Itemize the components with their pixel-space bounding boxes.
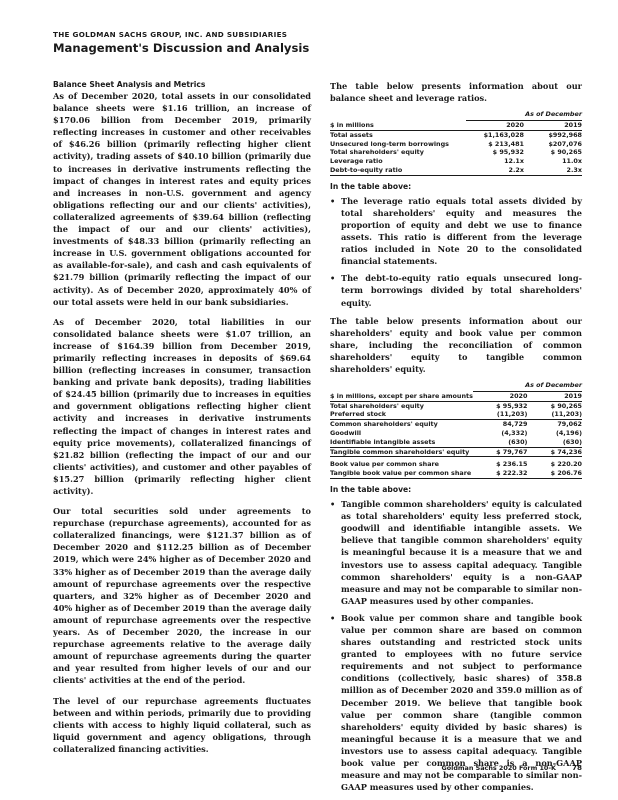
notes-label: In the table above: [330,485,582,495]
cell-2019: 11.0x [524,157,582,166]
cell-2019: 2.3x [524,166,582,175]
section-title: Management's Discussion and Analysis [53,41,573,56]
cell-2020: $1,163,028 [466,130,524,139]
company-name: The Goldman Sachs Group, Inc. and Subsid… [53,30,573,40]
paragraph-total-assets: As of December 2020, total assets in our… [53,90,311,308]
row-label: Common shareholders' equity [330,420,473,429]
note-text: Tangible common shareholders' equity is … [341,499,582,606]
bullet-icon: • [330,612,335,624]
row-label: Goodwill [330,429,473,438]
cell-2020: $ 222.32 [473,469,528,478]
note-text: The leverage ratio equals total assets d… [341,196,582,266]
publication-name: Goldman Sachs 2020 Form 10-K [442,764,556,772]
cell-2019: $992,968 [524,130,582,139]
table-row: Total assets $1,163,028 $992,968 [330,130,582,139]
cell-2019: $ 90,265 [524,148,582,157]
unit-label: $ in millions [330,120,466,130]
cell-2020: 2.2x [466,166,524,175]
table-row: Goodwill (4,332) (4,196) [330,429,582,438]
row-label: Total shareholders' equity [330,401,473,410]
cell-2019: $207,076 [524,140,582,149]
row-label: Debt-to-equity ratio [330,166,466,175]
cell-2019: $ 206.76 [527,469,582,478]
notes-label: In the table above: [330,182,582,192]
row-label: Book value per common share [330,457,473,469]
year-2019: 2019 [524,120,582,130]
year-2020: 2020 [466,120,524,130]
table-row: Tangible book value per common share $ 2… [330,469,582,478]
cell-2020: $ 95,932 [473,401,528,410]
list-item: •The debt-to-equity ratio equals unsecur… [330,272,582,308]
notes-list: •Tangible common shareholders' equity is… [330,498,582,793]
cell-2020: $ 213,481 [466,140,524,149]
bullet-icon: • [330,195,335,207]
subhead-balance-sheet: Balance Sheet Analysis and Metrics [53,80,311,90]
row-label: Leverage ratio [330,157,466,166]
list-item: •Tangible common shareholders' equity is… [330,498,582,607]
intro-balance-sheet-table: The table below presents information abo… [330,80,582,104]
cell-2019: (4,196) [527,429,582,438]
paragraph-repurchase-fluctuation: The level of our repurchase agreements f… [53,695,311,755]
cell-2020: $ 95,932 [466,148,524,157]
cell-2019: $ 220.20 [527,457,582,469]
cell-2019: (11,203) [527,410,582,419]
cell-2020: (4,332) [473,429,528,438]
cell-2020: $ 79,767 [473,447,528,457]
table-row: Book value per common share $ 236.15 $ 2… [330,457,582,469]
shareholders-equity-table: As of December $ in millions, except per… [330,381,582,479]
year-2019: 2019 [527,391,582,401]
table-row: Unsecured long-term borrowings $ 213,481… [330,140,582,149]
page-header: The Goldman Sachs Group, Inc. and Subsid… [53,30,573,56]
notes-list: •The leverage ratio equals total assets … [330,195,582,309]
page-number: 78 [572,763,582,772]
intro-equity-table: The table below presents information abo… [330,315,582,375]
period-label: As of December [473,381,582,391]
row-label: Preferred stock [330,410,473,419]
table-row: Debt-to-equity ratio 2.2x 2.3x [330,166,582,175]
bullet-icon: • [330,498,335,510]
row-label: Total assets [330,130,466,139]
paragraph-total-liabilities: As of December 2020, total liabilities i… [53,316,311,497]
cell-2020: $ 236.15 [473,457,528,469]
cell-2020: (630) [473,438,528,447]
table-row: Tangible common shareholders' equity $ 7… [330,447,582,457]
table-row: Total shareholders' equity $ 95,932 $ 90… [330,401,582,410]
cell-2019: $ 74,236 [527,447,582,457]
unit-label: $ in millions, except per share amounts [330,391,473,401]
cell-2020: 84,729 [473,420,528,429]
cell-2020: (11,203) [473,410,528,419]
row-label: Unsecured long-term borrowings [330,140,466,149]
page-footer: Goldman Sachs 2020 Form 10-K 78 [442,763,583,772]
right-column: The table below presents information abo… [330,80,582,799]
list-item: •The leverage ratio equals total assets … [330,195,582,268]
table-row: Identifiable intangible assets (630) (63… [330,438,582,447]
year-2020: 2020 [473,391,528,401]
cell-2019: (630) [527,438,582,447]
left-column: Balance Sheet Analysis and Metrics As of… [53,80,311,763]
paragraph-repurchase-agreements: Our total securities sold under agreemen… [53,505,311,686]
row-label: Tangible book value per common share [330,469,473,478]
bullet-icon: • [330,272,335,284]
table-row: Preferred stock (11,203) (11,203) [330,410,582,419]
period-label: As of December [466,110,582,120]
table-row: Common shareholders' equity 84,729 79,06… [330,420,582,429]
table-row: Total shareholders' equity $ 95,932 $ 90… [330,148,582,157]
row-label: Tangible common shareholders' equity [330,447,473,457]
note-text: The debt-to-equity ratio equals unsecure… [341,273,582,307]
balance-sheet-table: As of December $ in millions 2020 2019 T… [330,110,582,176]
table-row: Leverage ratio 12.1x 11.0x [330,157,582,166]
cell-2020: 12.1x [466,157,524,166]
cell-2019: $ 90,265 [527,401,582,410]
row-label: Identifiable intangible assets [330,438,473,447]
cell-2019: 79,062 [527,420,582,429]
row-label: Total shareholders' equity [330,148,466,157]
